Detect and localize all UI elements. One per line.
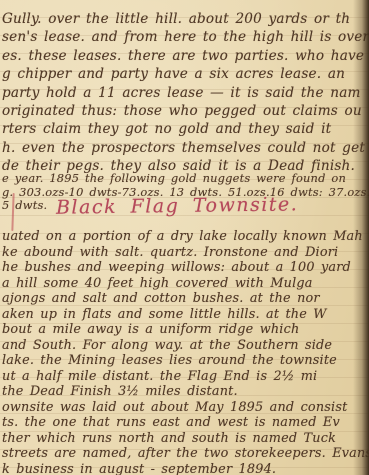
manuscript-line: ajongs and salt and cotton bushes. at th…: [2, 291, 369, 307]
manuscript-line: rters claim they got no gold and they sa…: [2, 120, 369, 138]
manuscript-line: aken up in flats and some little hills. …: [2, 307, 369, 323]
manuscript-line: es. these leases. there are two parties.…: [2, 47, 369, 65]
manuscript-line: ownsite was laid out about May 1895 and …: [2, 400, 369, 416]
manuscript-line: ke abound with salt. quartz. Ironstone a…: [2, 245, 369, 261]
manuscript-line: g chipper and party have a six acres lea…: [2, 65, 369, 83]
manuscript-line: originated thus: those who pegged out cl…: [2, 102, 369, 120]
manuscript-line: he bushes and weeping willows: about a 1…: [2, 260, 369, 276]
manuscript-line: and South. For along way. at the Souther…: [2, 338, 369, 354]
manuscript-page: Gully. over the little hill. about 200 y…: [0, 0, 369, 475]
page-edge-shadow: [353, 0, 369, 475]
manuscript-bottom-section: uated on a portion of a dry lake locally…: [2, 229, 369, 475]
manuscript-line: ts. the one that runs east and west is n…: [2, 415, 369, 431]
manuscript-line: party hold a 11 acres lease — it is said…: [2, 84, 369, 102]
section-heading: Black Flag Townsite.: [56, 193, 299, 218]
manuscript-line: Gully. over the little hill. about 200 y…: [2, 10, 369, 28]
manuscript-line: sen's lease. and from here to the high h…: [2, 28, 369, 46]
manuscript-line: bout a mile away is a uniform ridge whic…: [2, 322, 369, 338]
manuscript-top-section: Gully. over the little hill. about 200 y…: [2, 10, 369, 176]
manuscript-line: streets are named, after the two storeke…: [2, 446, 369, 462]
manuscript-line: ther which runs north and south is named…: [2, 431, 369, 447]
manuscript-line: h. even the prospectors themselves could…: [2, 139, 369, 157]
manuscript-line: uated on a portion of a dry lake locally…: [2, 229, 369, 245]
manuscript-line: the Dead Finish 3½ miles distant.: [2, 384, 369, 400]
manuscript-line: ut a half mile distant. the Flag End is …: [2, 369, 369, 385]
manuscript-line: lake. the Mining leases lies around the …: [2, 353, 369, 369]
manuscript-line: a hill some 40 feet high covered with Mu…: [2, 276, 369, 292]
manuscript-line: e year. 1895 the following gold nuggets …: [2, 172, 369, 186]
manuscript-line: k business in august - september 1894.: [2, 462, 369, 475]
